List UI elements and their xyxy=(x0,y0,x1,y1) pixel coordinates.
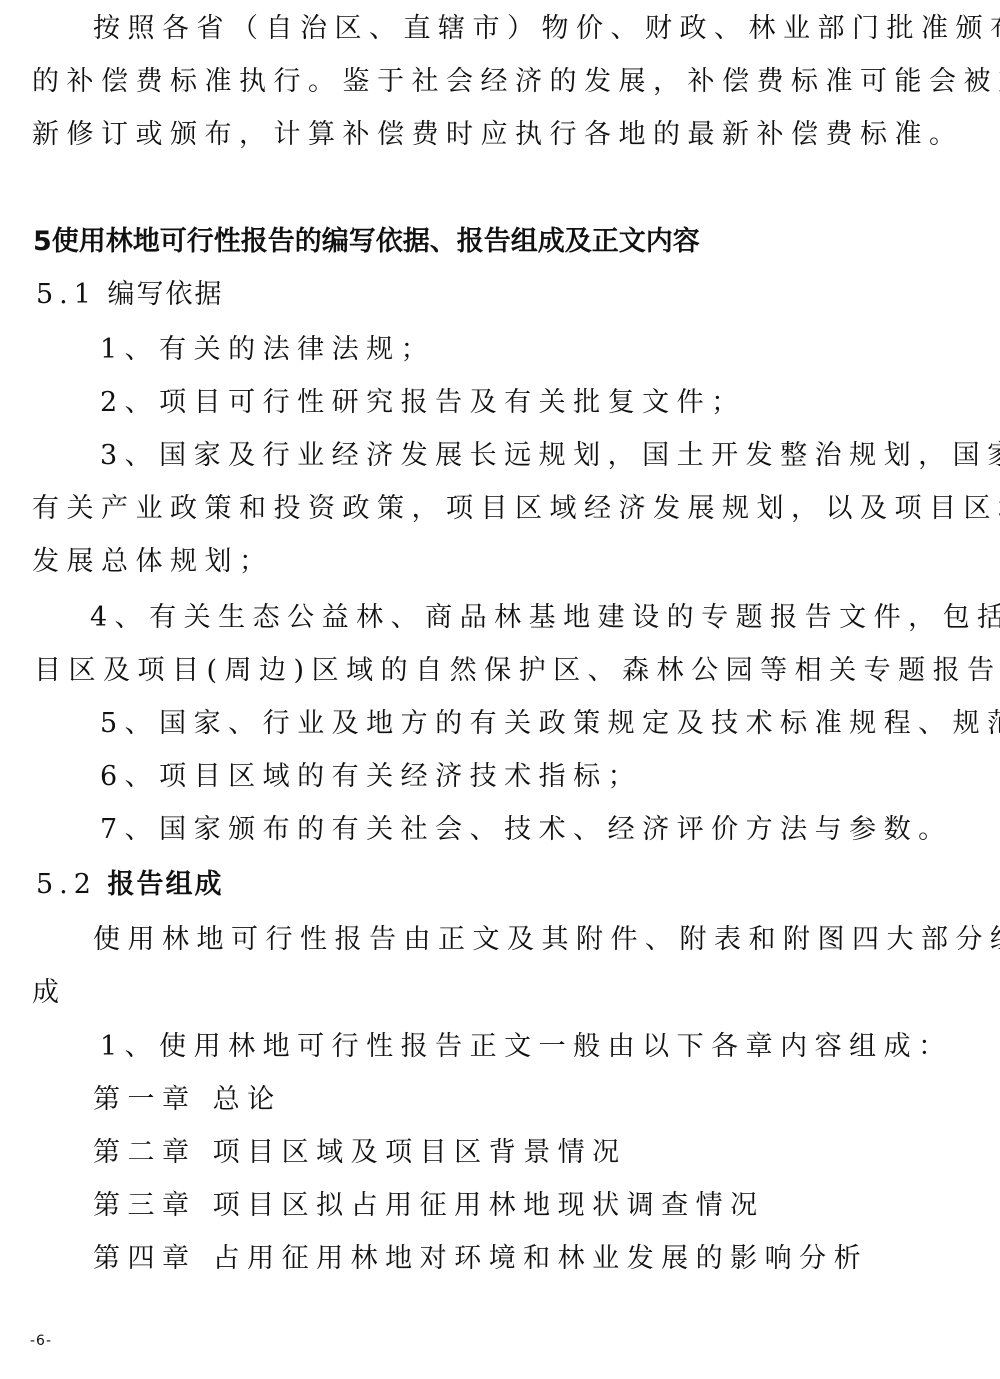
subsection-title: 编写依据 xyxy=(108,279,224,310)
chapter-label: 第二章 xyxy=(93,1137,197,1168)
composition-para-line-2: 成 xyxy=(32,973,67,1013)
subsection-title: 报告组成 xyxy=(108,869,224,900)
basis-item-5: 5、国家、行业及地方的有关政策规定及技术标准规程、规范； xyxy=(100,704,1000,744)
subsection-5-1-heading: 5.1 编写依据 xyxy=(36,275,224,315)
chapter-title: 占用征用林地对环境和林业发展的影响分析 xyxy=(213,1243,869,1274)
basis-item-7: 7、国家颁布的有关社会、技术、经济评价方法与参数。 xyxy=(100,810,953,850)
chapter-label: 第三章 xyxy=(93,1190,197,1221)
basis-item-6: 6、项目区域的有关经济技术指标； xyxy=(100,757,642,797)
subsection-5-2-heading: 5.2 报告组成 xyxy=(36,865,224,905)
basis-item-3-line-3: 发展总体规划； xyxy=(32,542,274,582)
chapter-4: 第四章 占用征用林地对环境和林业发展的影响分析 xyxy=(93,1239,868,1279)
subsection-number: 5.2 xyxy=(36,869,97,900)
chapter-label: 第一章 xyxy=(93,1084,197,1115)
subsection-number: 5.1 xyxy=(36,279,97,310)
chapter-title: 项目区域及项目区背景情况 xyxy=(213,1137,627,1168)
basis-item-3-line-1: 3、国家及行业经济发展长远规划，国土开发整治规划，国家 xyxy=(100,436,1000,476)
intro-line-1: 按照各省（自治区、直辖市）物价、财政、林业部门批准颁布 xyxy=(93,9,1000,49)
section-5-heading: 5使用林地可行性报告的编写依据、报告组成及正文内容 xyxy=(33,222,700,262)
intro-line-2: 的补偿费标准执行。鉴于社会经济的发展，补偿费标准可能会被重 xyxy=(32,62,1000,102)
intro-line-3: 新修订或颁布，计算补偿费时应执行各地的最新补偿费标准。 xyxy=(32,115,964,155)
basis-item-2: 2、项目可行性研究报告及有关批复文件； xyxy=(100,383,746,423)
page-number: -6- xyxy=(30,1333,52,1349)
chapter-title: 项目区拟占用征用林地现状调查情况 xyxy=(213,1190,765,1221)
chapter-1: 第一章 总论 xyxy=(93,1080,282,1120)
basis-item-4-line-1: 4、有关生态公益林、商品林基地建设的专题报告文件，包括项 xyxy=(90,598,1000,638)
basis-item-4-line-2: 目区及项目(周边)区域的自然保护区、森林公园等相关专题报告； xyxy=(34,651,1000,691)
basis-item-1: 1、有关的法律法规； xyxy=(100,330,435,370)
chapter-3: 第三章 项目区拟占用征用林地现状调查情况 xyxy=(93,1186,765,1226)
chapter-label: 第四章 xyxy=(93,1243,197,1274)
chapter-title: 总论 xyxy=(213,1084,282,1115)
chapter-2: 第二章 项目区域及项目区背景情况 xyxy=(93,1133,627,1173)
composition-para-line-1: 使用林地可行性报告由正文及其附件、附表和附图四大部分组 xyxy=(93,920,1000,960)
composition-item-1: 1、使用林地可行性报告正文一般由以下各章内容组成： xyxy=(100,1027,953,1067)
basis-item-3-line-2: 有关产业政策和投资政策，项目区域经济发展规划，以及项目区域 xyxy=(32,489,1000,529)
